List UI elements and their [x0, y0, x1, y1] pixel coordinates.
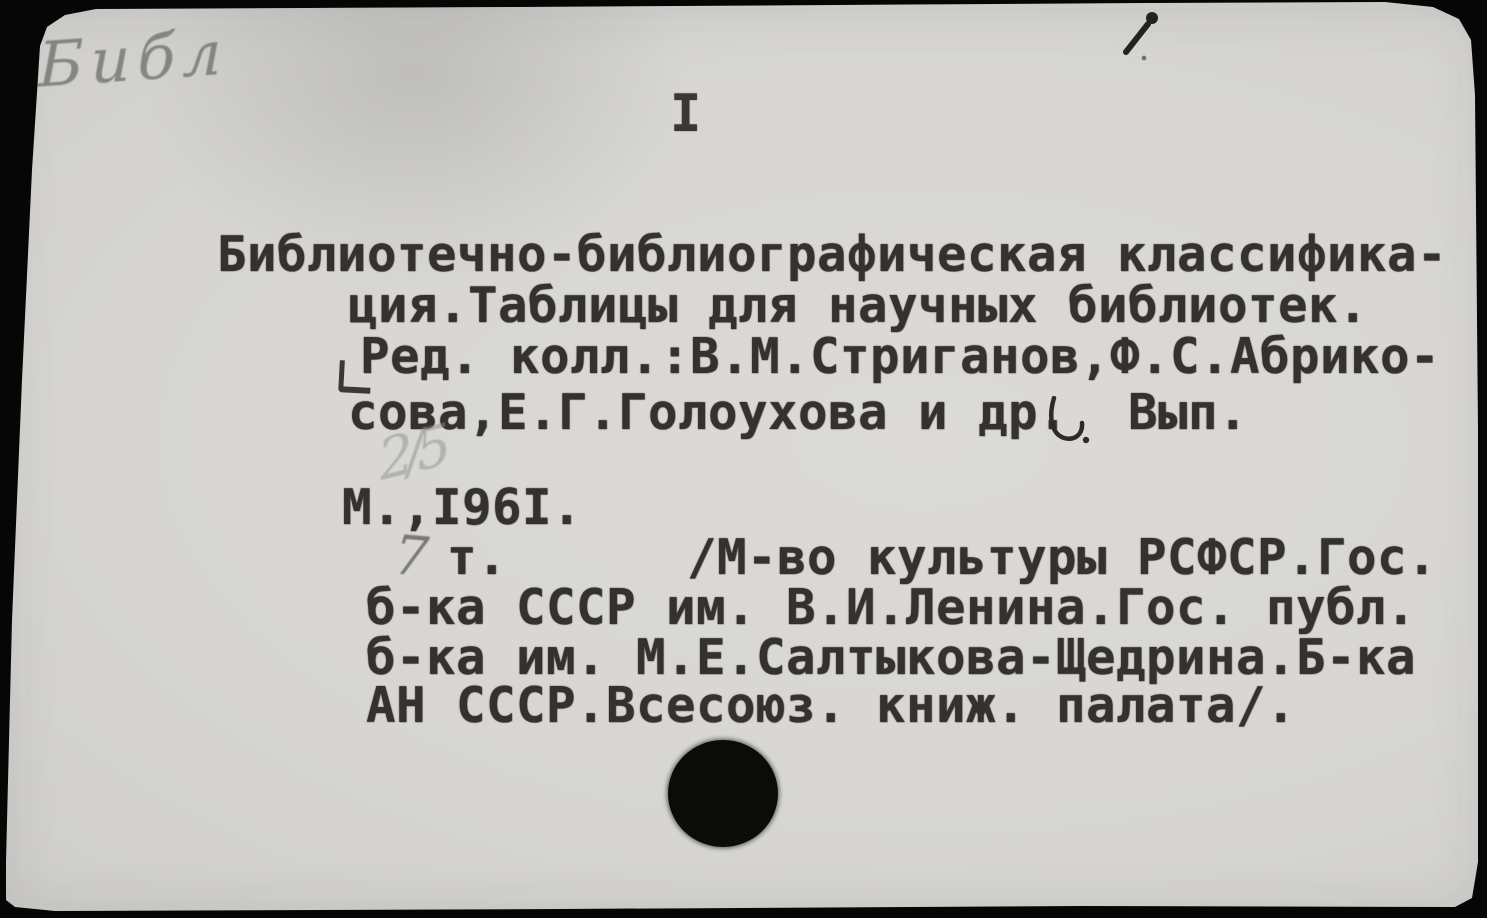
typed-record-line-2: ция.Таблицы для научных библиотек. — [348, 281, 1368, 330]
ink-mark-icon — [1118, 8, 1168, 62]
typed-record-line-4: сова,Е.Г.Голоухова и др. Вып. — [348, 388, 1248, 437]
handwritten-open-bracket — [338, 360, 372, 394]
typed-record-line-9: АН СССР.Всесоюз. книж. палата/. — [366, 681, 1296, 730]
hole-punch-dot — [668, 740, 778, 847]
typed-record-line-7: б-ка СССР им. В.И.Ленина.Гос. публ. — [366, 583, 1416, 632]
typed-record-line-1: Библиотечно-библиографическая классифика… — [217, 230, 1447, 279]
part-numeral: I — [670, 88, 701, 140]
typed-record-line-6: т. /М-во культуры РСФСР.Гос. — [357, 533, 1437, 582]
handwritten-volume-number: 7 — [392, 529, 431, 586]
handwritten-close-hook — [1044, 396, 1092, 450]
typed-record-line-5: М.,I96I. — [342, 483, 582, 532]
typed-record-line-3: Ред. колл.:В.М.Стриганов,Ф.С.Абрико- — [360, 332, 1440, 381]
typed-record-line-8: б-ка им. М.Е.Салтыкова-Щедрина.Б-ка — [366, 633, 1416, 682]
scanned-catalog-card-page: Библ I Библиотечно-библиографическая кла… — [0, 0, 1487, 918]
pencil-scribble: 2/5 — [376, 418, 446, 490]
pencil-annotation-bibl: Библ — [38, 21, 228, 96]
catalog-card: Библ I Библиотечно-библиографическая кла… — [0, 0, 1487, 918]
